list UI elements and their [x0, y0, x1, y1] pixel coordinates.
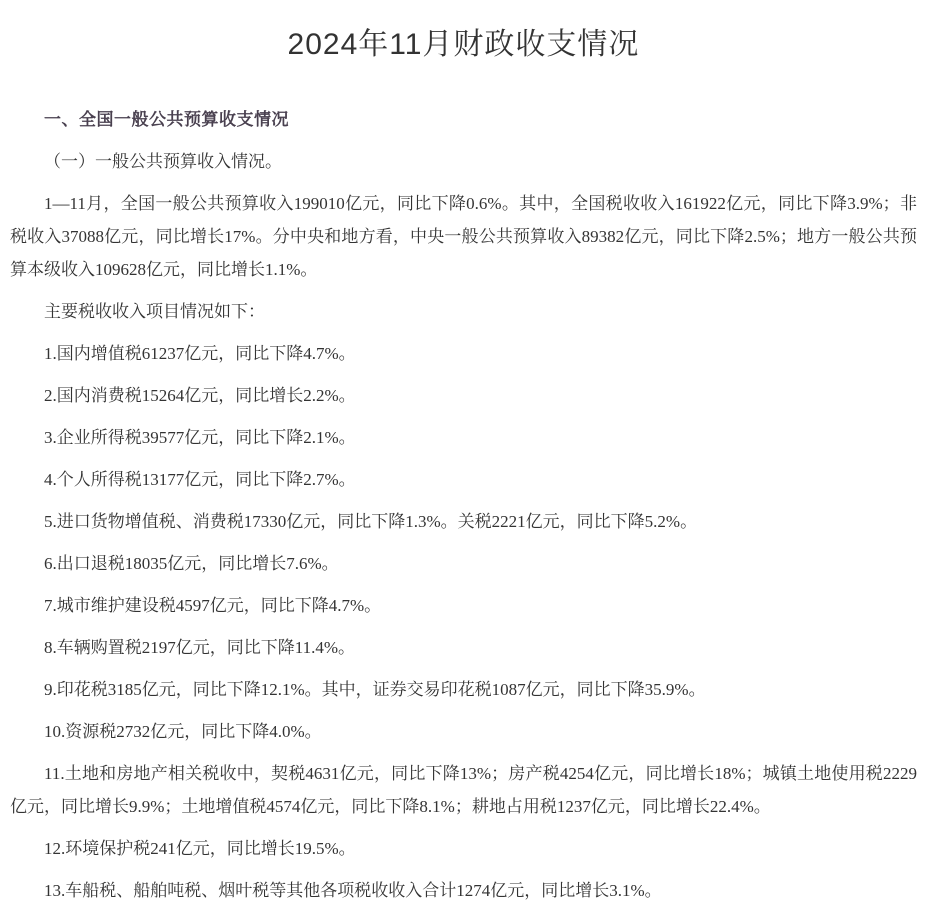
tax-item-10: 10.资源税2732亿元，同比下降4.0%。 — [10, 715, 917, 748]
tax-item-13: 13.车船税、船舶吨税、烟叶税等其他各项税收收入合计1274亿元，同比增长3.1… — [10, 874, 917, 903]
document-page: 2024年11月财政收支情况 一、全国一般公共预算收支情况 （一）一般公共预算收… — [0, 25, 927, 903]
tax-item-6: 6.出口退税18035亿元，同比增长7.6%。 — [10, 547, 917, 580]
page-title: 2024年11月财政收支情况 — [10, 25, 917, 65]
tax-item-11: 11.土地和房地产相关税收中，契税4631亿元，同比下降13%；房产税4254亿… — [10, 757, 917, 823]
tax-item-9: 9.印花税3185亿元，同比下降12.1%。其中，证券交易印花税1087亿元，同… — [10, 673, 917, 706]
tax-item-4: 4.个人所得税13177亿元，同比下降2.7%。 — [10, 463, 917, 496]
tax-item-5: 5.进口货物增值税、消费税17330亿元，同比下降1.3%。关税2221亿元，同… — [10, 505, 917, 538]
tax-item-12: 12.环境保护税241亿元，同比增长19.5%。 — [10, 832, 917, 865]
tax-item-3: 3.企业所得税39577亿元，同比下降2.1%。 — [10, 421, 917, 454]
tax-item-1: 1.国内增值税61237亿元，同比下降4.7%。 — [10, 337, 917, 370]
tax-item-2: 2.国内消费税15264亿元，同比增长2.2%。 — [10, 379, 917, 412]
list-intro: 主要税收收入项目情况如下： — [10, 295, 917, 328]
section-heading: 一、全国一般公共预算收支情况 — [10, 103, 917, 136]
intro-paragraph: 1—11月，全国一般公共预算收入199010亿元，同比下降0.6%。其中，全国税… — [10, 187, 917, 286]
subsection-heading: （一）一般公共预算收入情况。 — [10, 145, 917, 178]
tax-item-7: 7.城市维护建设税4597亿元，同比下降4.7%。 — [10, 589, 917, 622]
tax-item-8: 8.车辆购置税2197亿元，同比下降11.4%。 — [10, 631, 917, 664]
article-body: 一、全国一般公共预算收支情况 （一）一般公共预算收入情况。 1—11月，全国一般… — [10, 103, 917, 903]
